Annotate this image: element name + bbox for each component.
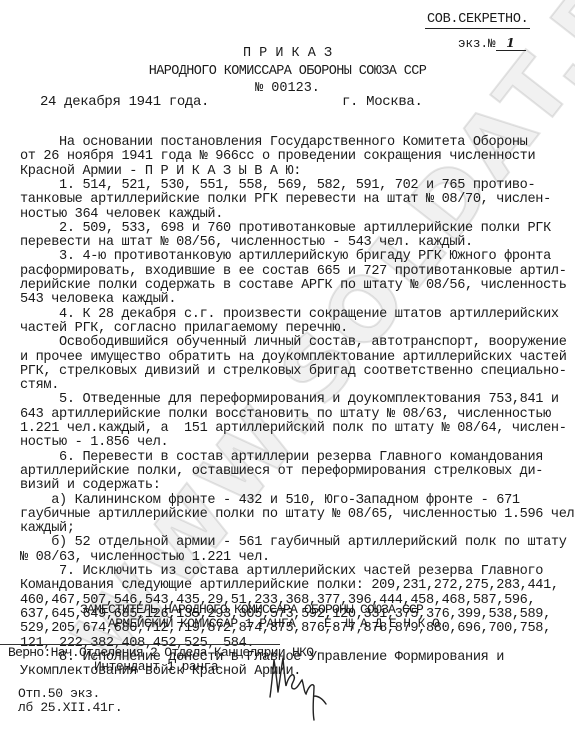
- body-line: РГК, стрелковых дивизий и стрелковых бри…: [20, 365, 567, 379]
- body-line: лерийские полки содержать в составе АРГК…: [20, 279, 567, 293]
- body-line: гаубичные артиллерийские полки по штату …: [20, 508, 574, 522]
- body-line: а) Калининском фронте - 432 и 510, Юго-З…: [20, 494, 520, 508]
- body-line: частей РГК, согласно прилагаемому перечн…: [20, 322, 348, 336]
- body-line: 543 человека каждый.: [20, 293, 176, 307]
- body-line: артиллерийские полки, оставшиеся от пере…: [20, 465, 543, 479]
- body-line: расформировать, входившие в ее состав 66…: [20, 265, 567, 279]
- body-line: 2. 509, 533, 698 и 760 противотанковые а…: [20, 222, 551, 236]
- body-line: и прочее имущество обратить на доукомпле…: [20, 351, 567, 365]
- body-line: танковые артиллерийские полки РГК переве…: [20, 193, 551, 207]
- order-heading: П Р И К А З: [0, 46, 575, 61]
- body-line: 6. Перевести в состав артиллерии резерва…: [20, 451, 543, 465]
- typist-mark: лб 25.XII.41г.: [18, 701, 122, 715]
- order-place: г. Москва.: [342, 95, 423, 109]
- body-line: Командования следующие артиллерийские по…: [20, 579, 559, 593]
- body-line: 1.221 чел.каждый, а 151 артиллерийский п…: [20, 422, 567, 436]
- document-page: WWW.SOLDAT.RU СОВ.СЕКРЕТНО. экз.№1 П Р И…: [0, 0, 575, 742]
- body-line: 1. 514, 521, 530, 551, 558, 569, 582, 59…: [20, 179, 535, 193]
- signatory-name: АРМЕЙСКИЙ КОМИССАР 1 РАНГА Е. Щ А Д Е Н …: [108, 617, 446, 631]
- body-line: 4. К 28 декабря с.г. произвести сокращен…: [20, 308, 559, 322]
- body-line: 7. Исключить из состава артиллерийских ч…: [20, 565, 543, 579]
- copies-count: Отп.50 экз.: [18, 687, 100, 701]
- body-line: 5. Отведенные для переформирования и доу…: [20, 393, 559, 407]
- order-subheading: НАРОДНОГО КОМИССАРА ОБОРОНЫ СОЮЗА ССР: [0, 64, 575, 79]
- body-line: от 26 ноября 1941 года № 966сс о проведе…: [20, 150, 535, 164]
- signature-icon: [268, 652, 328, 722]
- body-line: Освободившийся обученный личный состав, …: [20, 336, 567, 350]
- body-line: № 08/63, численностью 1.221 чел.: [20, 551, 270, 565]
- order-date: 24 декабря 1941 года.: [40, 95, 209, 109]
- body-line: ностью 364 человек каждый.: [20, 208, 223, 222]
- body-line: На основании постановления Государственн…: [20, 136, 528, 150]
- body-line: б) 52 отдельной армии - 561 гаубичный ар…: [20, 536, 567, 550]
- body-line: Красной Армии - П Р И К А З Ы В А Ю:: [20, 165, 301, 179]
- body-line: 643 артиллерийские полки восстановить по…: [20, 408, 551, 422]
- body-line: ностью - 1.856 чел.: [20, 436, 168, 450]
- signatory-title: ЗАМЕСТИТЕЛЬ НАРОДНОГО КОМИССАРА ОБОРОНЫ …: [80, 603, 423, 617]
- body-line: стям.: [20, 379, 59, 393]
- body-line: 3. 4-ю противотанковую артиллерийскую бр…: [20, 250, 551, 264]
- body-line: каждый;: [20, 522, 75, 536]
- classification-stamp: СОВ.СЕКРЕТНО.: [425, 12, 530, 29]
- body-line: визий и содержать:: [20, 479, 161, 493]
- certification-rank: Интендант 1 ранга: [94, 660, 218, 674]
- body-line: перевести на штат № 08/56, численностью …: [20, 236, 473, 250]
